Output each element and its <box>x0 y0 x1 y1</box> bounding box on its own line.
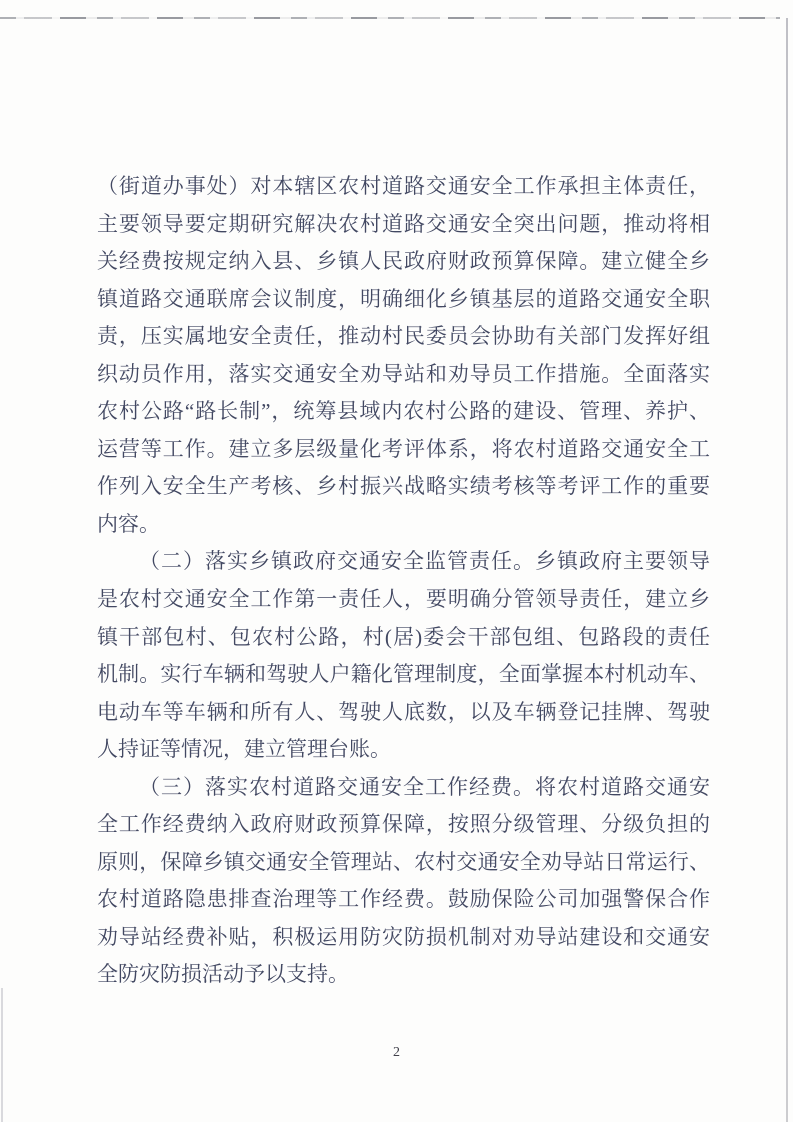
text-line: （街道办事处）对本辖区农村道路交通安全工作承担主体责任， <box>97 168 710 206</box>
text-line: 劝导站经费补贴，积极运用防灾防损机制对劝导站建设和交通安 <box>97 919 710 957</box>
scan-artifact-top-line <box>0 17 780 19</box>
text-line: 电动车等车辆和所有人、驾驶人底数，以及车辆登记挂牌、驾驶 <box>97 694 710 732</box>
text-line: 农村公路“路长制”，统筹县域内农村公路的建设、管理、养护、 <box>97 393 710 431</box>
text-line: 是农村交通安全工作第一责任人，要明确分管领导责任，建立乡 <box>97 581 710 619</box>
text-line: 机制。实行车辆和驾驶人户籍化管理制度，全面掌握本村机动车、 <box>97 656 710 694</box>
text-line: 镇干部包村、包农村公路，村(居)委会干部包组、包路段的责任 <box>97 619 710 657</box>
text-line: 全防灾防损活动予以支持。 <box>97 956 710 994</box>
text-line: 主要领导要定期研究解决农村道路交通安全突出问题，推动将相 <box>97 206 710 244</box>
text-line: （三）落实农村道路交通安全工作经费。将农村道路交通安 <box>97 769 710 807</box>
text-line: 内容。 <box>97 506 710 544</box>
text-line: （二）落实乡镇政府交通安全监管责任。乡镇政府主要领导 <box>97 543 710 581</box>
text-line: 农村道路隐患排查治理等工作经费。鼓励保险公司加强警保合作 <box>97 881 710 919</box>
page-number: 2 <box>0 1044 793 1062</box>
text-line: 原则，保障乡镇交通安全管理站、农村交通安全劝导站日常运行、 <box>97 844 710 882</box>
document-page: （街道办事处）对本辖区农村道路交通安全工作承担主体责任，主要领导要定期研究解决农… <box>0 0 793 1122</box>
text-line: 作列入安全生产考核、乡村振兴战略实绩考核等考评工作的重要 <box>97 468 710 506</box>
text-line: 责，压实属地安全责任，推动村民委员会协助有关部门发挥好组 <box>97 318 710 356</box>
scan-artifact-right-line <box>786 18 788 1122</box>
text-line: 全工作经费纳入政府财政预算保障，按照分级管理、分级负担的 <box>97 806 710 844</box>
document-body: （街道办事处）对本辖区农村道路交通安全工作承担主体责任，主要领导要定期研究解决农… <box>97 168 710 994</box>
text-line: 镇道路交通联席会议制度，明确细化乡镇基层的道路交通安全职 <box>97 281 710 319</box>
text-line: 人持证等情况，建立管理台账。 <box>97 731 710 769</box>
text-line: 关经费按规定纳入县、乡镇人民政府财政预算保障。建立健全乡 <box>97 243 710 281</box>
text-line: 织动员作用，落实交通安全劝导站和劝导员工作措施。全面落实 <box>97 356 710 394</box>
text-line: 运营等工作。建立多层级量化考评体系，将农村道路交通安全工 <box>97 431 710 469</box>
